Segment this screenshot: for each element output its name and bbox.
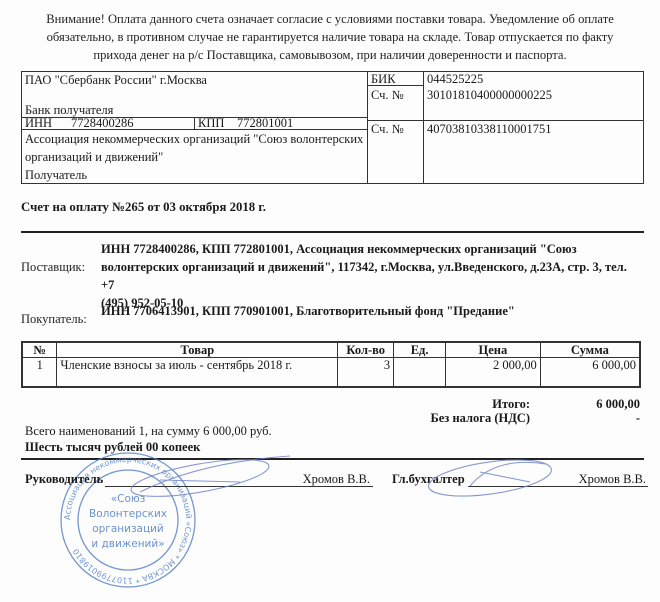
kpp-value: 772801001: [234, 116, 293, 130]
stamp-line-3: организаций: [92, 523, 164, 535]
recipient-name-line-1: Ассоциация некоммерческих организаций "С…: [22, 132, 363, 146]
row-product: Членские взносы за июль - сентябрь 2018 …: [57, 358, 338, 388]
table-row: 1 Членские взносы за июль - сентябрь 201…: [22, 358, 640, 388]
total-label: Итого:: [470, 397, 530, 412]
director-signature-scribble: [120, 452, 300, 502]
header-quantity: Кол-во: [338, 342, 394, 358]
vat-value: -: [560, 411, 640, 426]
bank-name: ПАО "Сбербанк России" г.Москва: [22, 73, 207, 87]
row-number: 1: [22, 358, 57, 388]
notice-line-3: прихода денег на р/с Поставщика, самовыв…: [40, 46, 620, 64]
recipient-name-line-2: организаций и движений": [22, 150, 163, 164]
buyer-label: Покупатель:: [21, 312, 87, 327]
recipient-label: Получатель: [22, 168, 87, 182]
accountant-name: Хромов В.В.: [560, 472, 646, 487]
items-summary: Всего наименований 1, на сумму 6 000,00 …: [25, 424, 272, 439]
inn-label: ИНН: [22, 116, 52, 130]
kpp-label: КПП: [195, 116, 224, 130]
vat-label: Без налога (НДС): [400, 411, 530, 426]
bank-details-table: ПАО "Сбербанк России" г.Москва Банк полу…: [21, 71, 644, 184]
header-sum: Сумма: [540, 342, 640, 358]
account-value: 40703810338110001751: [424, 122, 552, 136]
invoice-title: Счет на оплату №265 от 03 октября 2018 г…: [21, 200, 266, 215]
row-price: 2 000,00: [446, 358, 541, 388]
supplier-label: Поставщик:: [21, 260, 85, 275]
director-name: Хромов В.В.: [290, 472, 370, 487]
stamp-line-2: Волонтерских: [89, 508, 167, 520]
buyer-details: ИНН 7706413901, КПП 770901001, Благотвор…: [101, 302, 515, 320]
bik-value: 044525225: [424, 72, 483, 86]
divider-line: [21, 231, 644, 233]
account-label: Сч. №: [368, 122, 404, 136]
bank-label: Банк получателя: [22, 103, 113, 117]
header-price: Цена: [446, 342, 541, 358]
corr-account-value: 30101810400000000225: [424, 88, 552, 102]
corr-account-label: Сч. №: [368, 88, 404, 102]
row-quantity: 3: [338, 358, 394, 388]
accountant-signature-scribble: [420, 452, 560, 502]
notice-line-2: обязательно, в противном случае не гаран…: [40, 28, 620, 46]
payment-notice: Внимание! Оплата данного счета означает …: [40, 10, 620, 64]
row-unit: [394, 358, 446, 388]
stamp-line-4: и движений»: [91, 538, 164, 550]
director-label: Руководитель: [25, 472, 103, 487]
supplier-line-2: волонтерских организаций и движений", 11…: [101, 258, 641, 294]
bik-label: БИК: [368, 72, 396, 86]
header-unit: Ед.: [394, 342, 446, 358]
items-header-row: № Товар Кол-во Ед. Цена Сумма: [22, 342, 640, 358]
header-product: Товар: [57, 342, 338, 358]
supplier-line-1: ИНН 7728400286, КПП 772801001, Ассоциаци…: [101, 240, 641, 258]
row-sum: 6 000,00: [540, 358, 640, 388]
inn-value: 7728400286: [68, 116, 134, 130]
total-value: 6 000,00: [560, 397, 640, 412]
notice-line-1: Внимание! Оплата данного счета означает …: [40, 10, 620, 28]
items-table: № Товар Кол-во Ед. Цена Сумма 1 Членские…: [21, 341, 641, 388]
header-number: №: [22, 342, 57, 358]
